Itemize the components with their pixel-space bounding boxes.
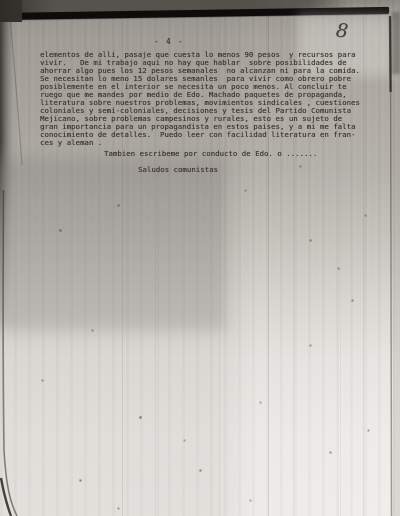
body-line: ces y aleman . xyxy=(40,139,360,147)
right-edge-column xyxy=(393,0,400,516)
scanned-letter-page: 8 - 4 - elementos de alli, pasaje que cu… xyxy=(0,0,400,516)
paper-speckles xyxy=(0,0,1,1)
mid-left-gray-patch xyxy=(0,158,226,330)
letter-body: elementos de alli, pasaje que cuesta lo … xyxy=(40,51,360,147)
closing-salutation: Saludos comunistas xyxy=(138,166,218,174)
postscript-line: Tambien escribeme por conducto de Edo. o… xyxy=(104,150,317,158)
fold-line xyxy=(363,16,364,516)
handwritten-folio-number: 8 xyxy=(335,19,349,42)
page-number: - 4 - xyxy=(154,38,184,46)
